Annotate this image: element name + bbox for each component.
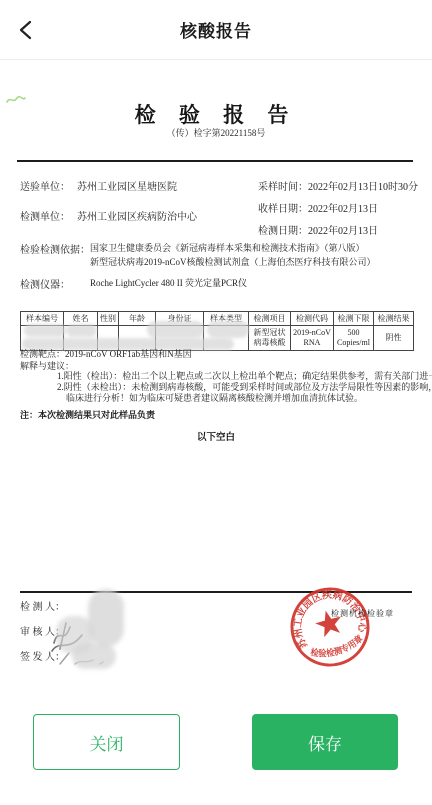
report-title: 检 验 报 告 [0,99,432,129]
col-project: 检测项目 [249,312,291,326]
basis-line-2: 新型冠状病毒2019-nCoV核酸检测试剂盒（上海伯杰医疗科技有限公司） [90,255,376,268]
sample-time-label: 采样时间： [258,178,308,193]
test-unit-label: 检测单位： [20,208,70,223]
chevron-left-icon [16,19,36,41]
advice-line-3: 临床进行分析！如为临床可疑患者建议隔离核酸检测并增加血清抗体试验。 [66,391,363,404]
redaction-sample-type [207,321,249,338]
back-button[interactable] [8,14,44,46]
blank-below-note: 以下空白 [0,429,432,443]
sample-time-value: 2022年02月13日10时30分 [308,178,418,193]
tester-label: 检 测 人： [20,598,65,613]
test-date-label: 检测日期： [258,222,308,237]
navbar: 核酸报告 [0,0,432,60]
test-unit-value: 苏州工业园区疾病防治中心 [77,208,197,223]
svg-text:检验检测专用章: 检验检测专用章 [307,631,367,663]
redaction-sample-no [24,324,66,337]
stamp-purpose-text: 检验检测专用章 [307,631,367,663]
col-code: 检测代码 [291,312,334,326]
col-sex: 性别 [98,312,119,326]
send-unit-label: 送验单位： [20,178,70,193]
col-result: 检测结果 [374,312,414,326]
receive-date-value: 2022年02月13日 [308,200,378,215]
receive-date-label: 收样日期： [258,200,308,215]
test-date-value: 2022年02月13日 [308,222,378,237]
redaction-name [66,324,97,337]
basis-label: 检验检测依据： [20,241,90,256]
col-limit: 检测下限 [334,312,374,326]
cell-code: 2019-nCoV RNA [291,326,334,351]
stamp-overlap-caption: 检测机构检验章 [331,608,394,619]
report-document: 检 验 报 告 （传）检字第20221158号 送验单位： 苏州工业园区星塘医院… [0,60,432,705]
cell-project: 新型冠状病毒核酸 [249,326,291,351]
cell-limit: 500 Copies/ml [334,326,374,351]
instrument-value: Roche LightCycler 480 II 荧光定量PCR仪 [90,276,247,289]
title-divider [17,160,413,162]
note-line: 注：本次检测结果只对此样品负责 [20,408,155,421]
save-button[interactable]: 保存 [252,714,398,770]
redaction-id [147,321,204,338]
cell-result: 阴性 [374,326,414,351]
report-number: （传）检字第20221158号 [0,126,432,139]
official-stamp: 苏州工业园区疾病防治中心 检验检测专用章 [270,567,390,687]
instrument-label: 检测仪器： [20,276,70,291]
page-title: 核酸报告 [180,17,252,42]
close-button[interactable]: 关闭 [33,714,180,770]
send-unit-value: 苏州工业园区星塘医院 [77,178,177,193]
redaction-issuer-sign [72,643,116,669]
basis-line-1: 国家卫生健康委员会《新冠病毒样本采集和检测技术指南》（第八版） [90,241,365,254]
